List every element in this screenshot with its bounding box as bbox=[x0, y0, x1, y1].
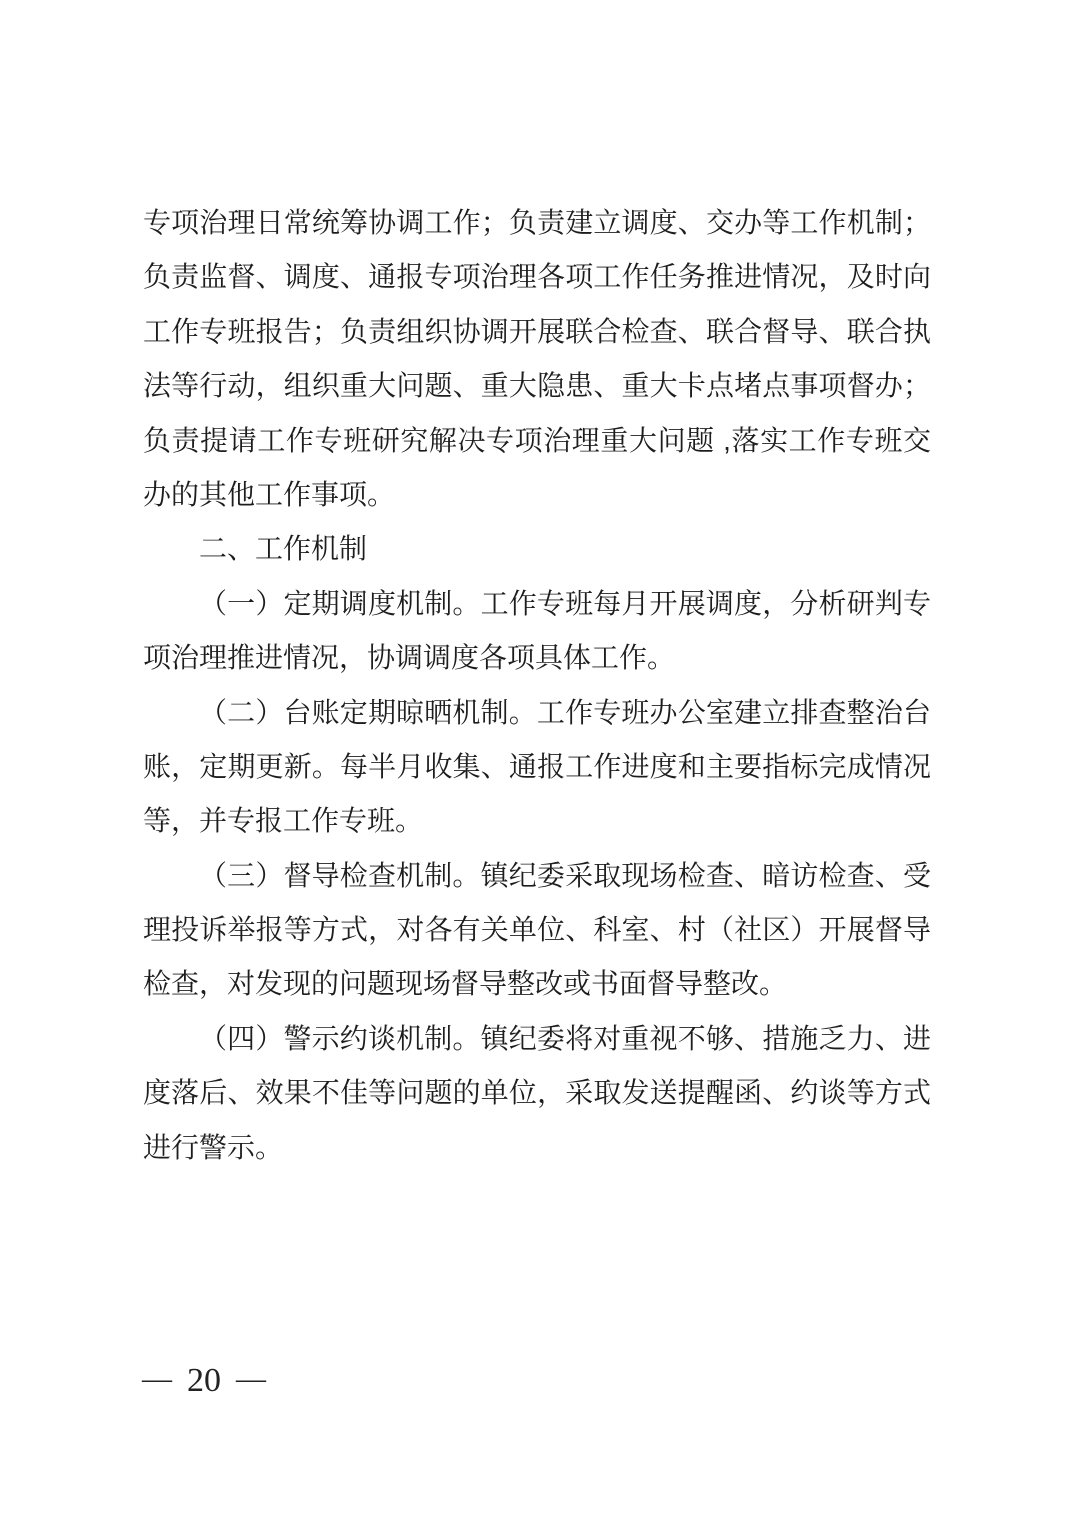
section-heading: 二、工作机制 bbox=[143, 522, 931, 576]
text-line-8: （一）定期调度机制。工作专班每月开展调度，分析研判专 bbox=[143, 577, 931, 631]
text-line-18: 进行警示。 bbox=[143, 1121, 931, 1175]
page-footer: — 20 — bbox=[142, 1362, 266, 1400]
text-line-9: 项治理推进情况，协调调度各项具体工作。 bbox=[143, 631, 931, 685]
text-line-1: 专项治理日常统筹协调工作；负责建立调度、交办等工作机制； bbox=[143, 196, 931, 250]
text-line-17: 度落后、效果不佳等问题的单位，采取发送提醒函、约谈等方式 bbox=[143, 1066, 931, 1120]
text-line-2: 负责监督、调度、通报专项治理各项工作任务推进情况，及时向 bbox=[143, 250, 931, 304]
page-number: 20 bbox=[187, 1362, 221, 1400]
footer-left-dash: — bbox=[142, 1362, 172, 1396]
text-line-5: 负责提请工作专班研究解决专项治理重大问题 ,落实工作专班交 bbox=[143, 414, 931, 468]
footer-right-dash: — bbox=[236, 1362, 266, 1396]
text-line-14: 理投诉举报等方式，对各有关单位、科室、村（社区）开展督导 bbox=[143, 903, 931, 957]
text-line-11: 账，定期更新。每半月收集、通报工作进度和主要指标完成情况 bbox=[143, 740, 931, 794]
text-line-10: （二）台账定期晾晒机制。工作专班办公室建立排查整治台 bbox=[143, 686, 931, 740]
document-page: 专项治理日常统筹协调工作；负责建立调度、交办等工作机制； 负责监督、调度、通报专… bbox=[0, 0, 1074, 1520]
text-line-15: 检查，对发现的问题现场督导整改或书面督导整改。 bbox=[143, 957, 931, 1011]
text-line-13: （三）督导检查机制。镇纪委采取现场检查、暗访检查、受 bbox=[143, 849, 931, 903]
document-body: 专项治理日常统筹协调工作；负责建立调度、交办等工作机制； 负责监督、调度、通报专… bbox=[143, 196, 931, 1175]
text-line-4: 法等行动，组织重大问题、重大隐患、重大卡点堵点事项督办； bbox=[143, 359, 931, 413]
text-line-12: 等，并专报工作专班。 bbox=[143, 794, 931, 848]
text-line-16: （四）警示约谈机制。镇纪委将对重视不够、措施乏力、进 bbox=[143, 1012, 931, 1066]
text-line-3: 工作专班报告；负责组织协调开展联合检查、联合督导、联合执 bbox=[143, 305, 931, 359]
text-line-6: 办的其他工作事项。 bbox=[143, 468, 931, 522]
